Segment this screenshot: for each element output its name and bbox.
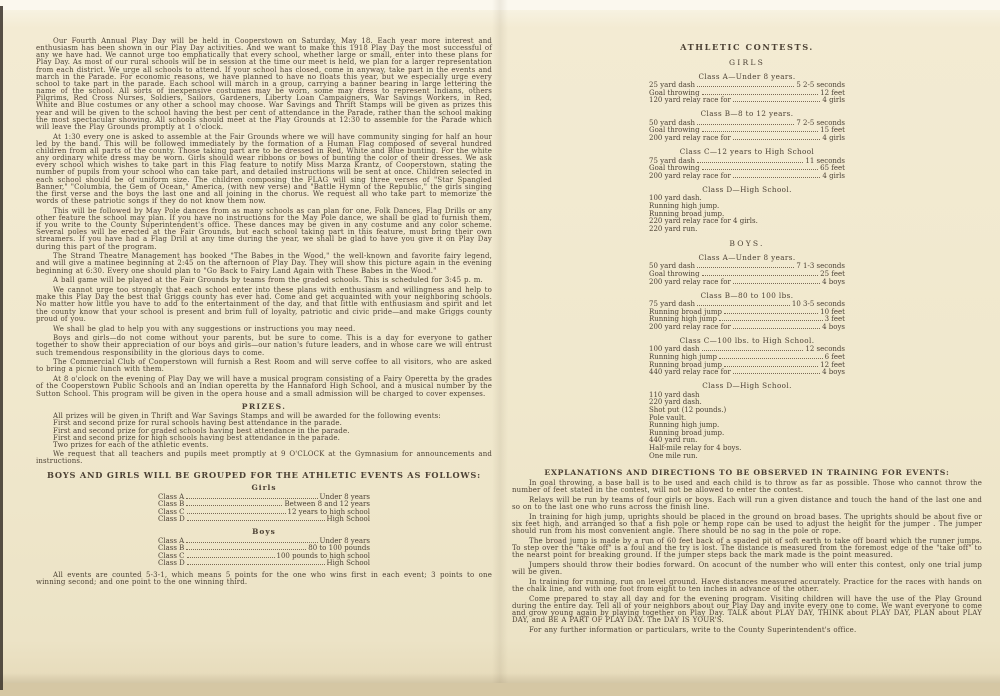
dotted-leader [702, 350, 804, 351]
dotted-leader [702, 94, 819, 95]
dotted-leader [733, 139, 821, 140]
dotted-leader [186, 542, 317, 543]
prizes-list: First and second prize for rural schools… [36, 420, 492, 449]
leader-label: Class D [158, 560, 185, 568]
grouping-heading: BOYS AND GIRLS WILL BE GROUPED FOR THE A… [36, 470, 492, 480]
dotted-leader [724, 313, 818, 314]
dotted-leader [733, 283, 820, 284]
events-block: 25 yard dash5 2-5 secondsGoal throwing12… [649, 82, 845, 105]
group-title: Girls [36, 483, 492, 492]
paragraph: A ball game will be played at the Fair G… [36, 277, 492, 284]
dotted-leader [187, 564, 325, 565]
events-block: 110 yard dash220 yard dash.Shot put (12 … [649, 392, 845, 460]
paragraph: Relays will be run by teams of four girl… [512, 497, 982, 511]
class-heading: Class A—Under 8 years. [512, 72, 982, 81]
scan-left-edge [0, 6, 3, 690]
leader-value: 4 boys [822, 324, 845, 332]
dotted-leader [733, 177, 821, 178]
paragraph: In training for running, run on level gr… [512, 579, 982, 593]
event-item: 220 yard run. [649, 226, 845, 234]
leader-label: 200 yard relay race for [649, 173, 731, 181]
page-left: Our Fourth Annual Play Day will be held … [36, 38, 492, 589]
events-block: 50 yard dash7 2-5 secondsGoal throwing15… [649, 120, 845, 143]
class-heading: Class A—Under 8 years. [512, 253, 982, 262]
dotted-leader [733, 101, 821, 102]
leader-row: 200 yard relay race for4 boys [649, 279, 845, 287]
leader-row: 200 yard relay race for4 girls [649, 135, 845, 143]
contests-heading: ATHLETIC CONTESTS. [512, 42, 982, 52]
prize-item: Two prizes for each of the athletic even… [36, 442, 492, 449]
leader-label: 200 yard relay race for [649, 279, 731, 287]
class-heading: Class C—12 years to High School [512, 147, 982, 156]
paragraph: We shall be glad to help you with any su… [36, 326, 492, 333]
paragraph: In training for high jump, uprights shou… [512, 514, 982, 535]
class-heading: Class B—8 to 12 years. [512, 109, 982, 118]
scan-bottom-shadow [0, 673, 1000, 683]
leader-row: 440 yard relay race for4 boys [649, 369, 845, 377]
dotted-leader [702, 275, 819, 276]
paragraph: Jumpers should throw their bodies forwar… [512, 562, 982, 576]
paragraph: Boys and girls—do not come without your … [36, 335, 492, 356]
dotted-leader [697, 162, 803, 163]
paragraph: The broad jump is made by a run of 60 fe… [512, 538, 982, 559]
class-heading: Class C—100 lbs. to High School. [512, 336, 982, 345]
paragraph: We cannot urge too strongly that each sc… [36, 287, 492, 323]
prizes-note: We request that all teachers and pupils … [36, 451, 492, 465]
leader-value: 4 girls [822, 97, 845, 105]
grouping-footer: All events are counted 5-3-1, which mean… [36, 572, 492, 586]
left-paragraphs: Our Fourth Annual Play Day will be held … [36, 38, 492, 398]
group-title: Boys [36, 527, 492, 536]
contest-section-title: BOYS. [512, 239, 982, 248]
dotted-leader [186, 549, 306, 550]
paragraph: For any further information or particula… [512, 627, 982, 634]
event-item: One mile run. [649, 453, 845, 461]
events-block: 100 yard dash.Running high jump.Running … [649, 195, 845, 233]
dotted-leader [733, 328, 820, 329]
paragraph: The Strand Theatre Management has booked… [36, 253, 492, 274]
leader-row: Class DHigh School [158, 560, 370, 568]
paragraph: In goal throwing, a base ball is to be u… [512, 480, 982, 494]
leader-label: 200 yard relay race for [649, 135, 731, 143]
dotted-leader [697, 86, 794, 87]
dotted-leader [702, 169, 819, 170]
dotted-leader [697, 124, 794, 125]
dotted-leader [724, 366, 818, 367]
contest-section-title: GIRLS [512, 58, 982, 67]
dotted-leader [187, 557, 275, 558]
page-right: ATHLETIC CONTESTS. GIRLSClass A—Under 8 … [512, 42, 982, 637]
leader-value: 4 boys [822, 369, 845, 377]
dotted-leader [719, 320, 823, 321]
paragraph: This will be followed by May Pole dances… [36, 208, 492, 251]
leader-value: 4 girls [822, 135, 845, 143]
paragraph: Our Fourth Annual Play Day will be held … [36, 38, 492, 131]
dotted-leader [697, 305, 790, 306]
dotted-leader [186, 505, 282, 506]
paragraph: The Commercial Club of Cooperstown will … [36, 359, 492, 373]
prizes-heading: PRIZES. [36, 402, 492, 411]
leader-row: 200 yard relay race for4 girls [649, 173, 845, 181]
scanned-bulletin-spread: Our Fourth Annual Play Day will be held … [0, 0, 1000, 696]
dotted-leader [697, 267, 794, 268]
paragraph: At 8 o'clock on the evening of Play Day … [36, 376, 492, 397]
leader-value: High School [327, 560, 370, 568]
dotted-leader [187, 520, 325, 521]
events-block: 75 yard dash10 3-5 secondsRunning broad … [649, 301, 845, 331]
leader-label: 440 yard relay race for [649, 369, 731, 377]
paragraph: At 1:30 every one is asked to assemble a… [36, 134, 492, 206]
class-table: Class AUnder 8 yearsClass BBetween 8 and… [158, 494, 370, 524]
grouping-tables: GirlsClass AUnder 8 yearsClass BBetween … [36, 483, 492, 568]
explanations-heading: EXPLANATIONS AND DIRECTIONS TO BE OBSERV… [512, 468, 982, 477]
dotted-leader [733, 373, 820, 374]
dotted-leader [187, 513, 286, 514]
events-block: 50 yard dash7 1-3 secondsGoal throwing25… [649, 263, 845, 286]
class-heading: Class B—80 to 100 lbs. [512, 291, 982, 300]
leader-label: Class D [158, 516, 185, 524]
scan-bottom-edge [0, 683, 1000, 696]
events-block: 75 yard dash11 secondsGoal throwing65 fe… [649, 158, 845, 181]
leader-value: 4 boys [822, 279, 845, 287]
page-gutter-shadow [492, 0, 508, 696]
leader-row: Class DHigh School [158, 516, 370, 524]
leader-value: High School [327, 516, 370, 524]
explanation-paragraphs: In goal throwing, a base ball is to be u… [512, 480, 982, 634]
class-heading: Class D—High School. [512, 381, 982, 390]
contest-sections: GIRLSClass A—Under 8 years.25 yard dash5… [512, 58, 982, 460]
dotted-leader [186, 498, 317, 499]
paragraph: Come prepared to stay all day and for th… [512, 596, 982, 625]
leader-row: 120 yard relay race for4 girls [649, 97, 845, 105]
dotted-leader [719, 358, 823, 359]
leader-label: 200 yard relay race for [649, 324, 731, 332]
dotted-leader [702, 131, 819, 132]
leader-label: 120 yard relay race for [649, 97, 731, 105]
class-heading: Class D—High School. [512, 185, 982, 194]
leader-row: 200 yard relay race for4 boys [649, 324, 845, 332]
class-table: Class AUnder 8 yearsClass B80 to 100 pou… [158, 538, 370, 568]
leader-value: 4 girls [822, 173, 845, 181]
events-block: 100 yard dash12 secondsRunning high jump… [649, 346, 845, 376]
